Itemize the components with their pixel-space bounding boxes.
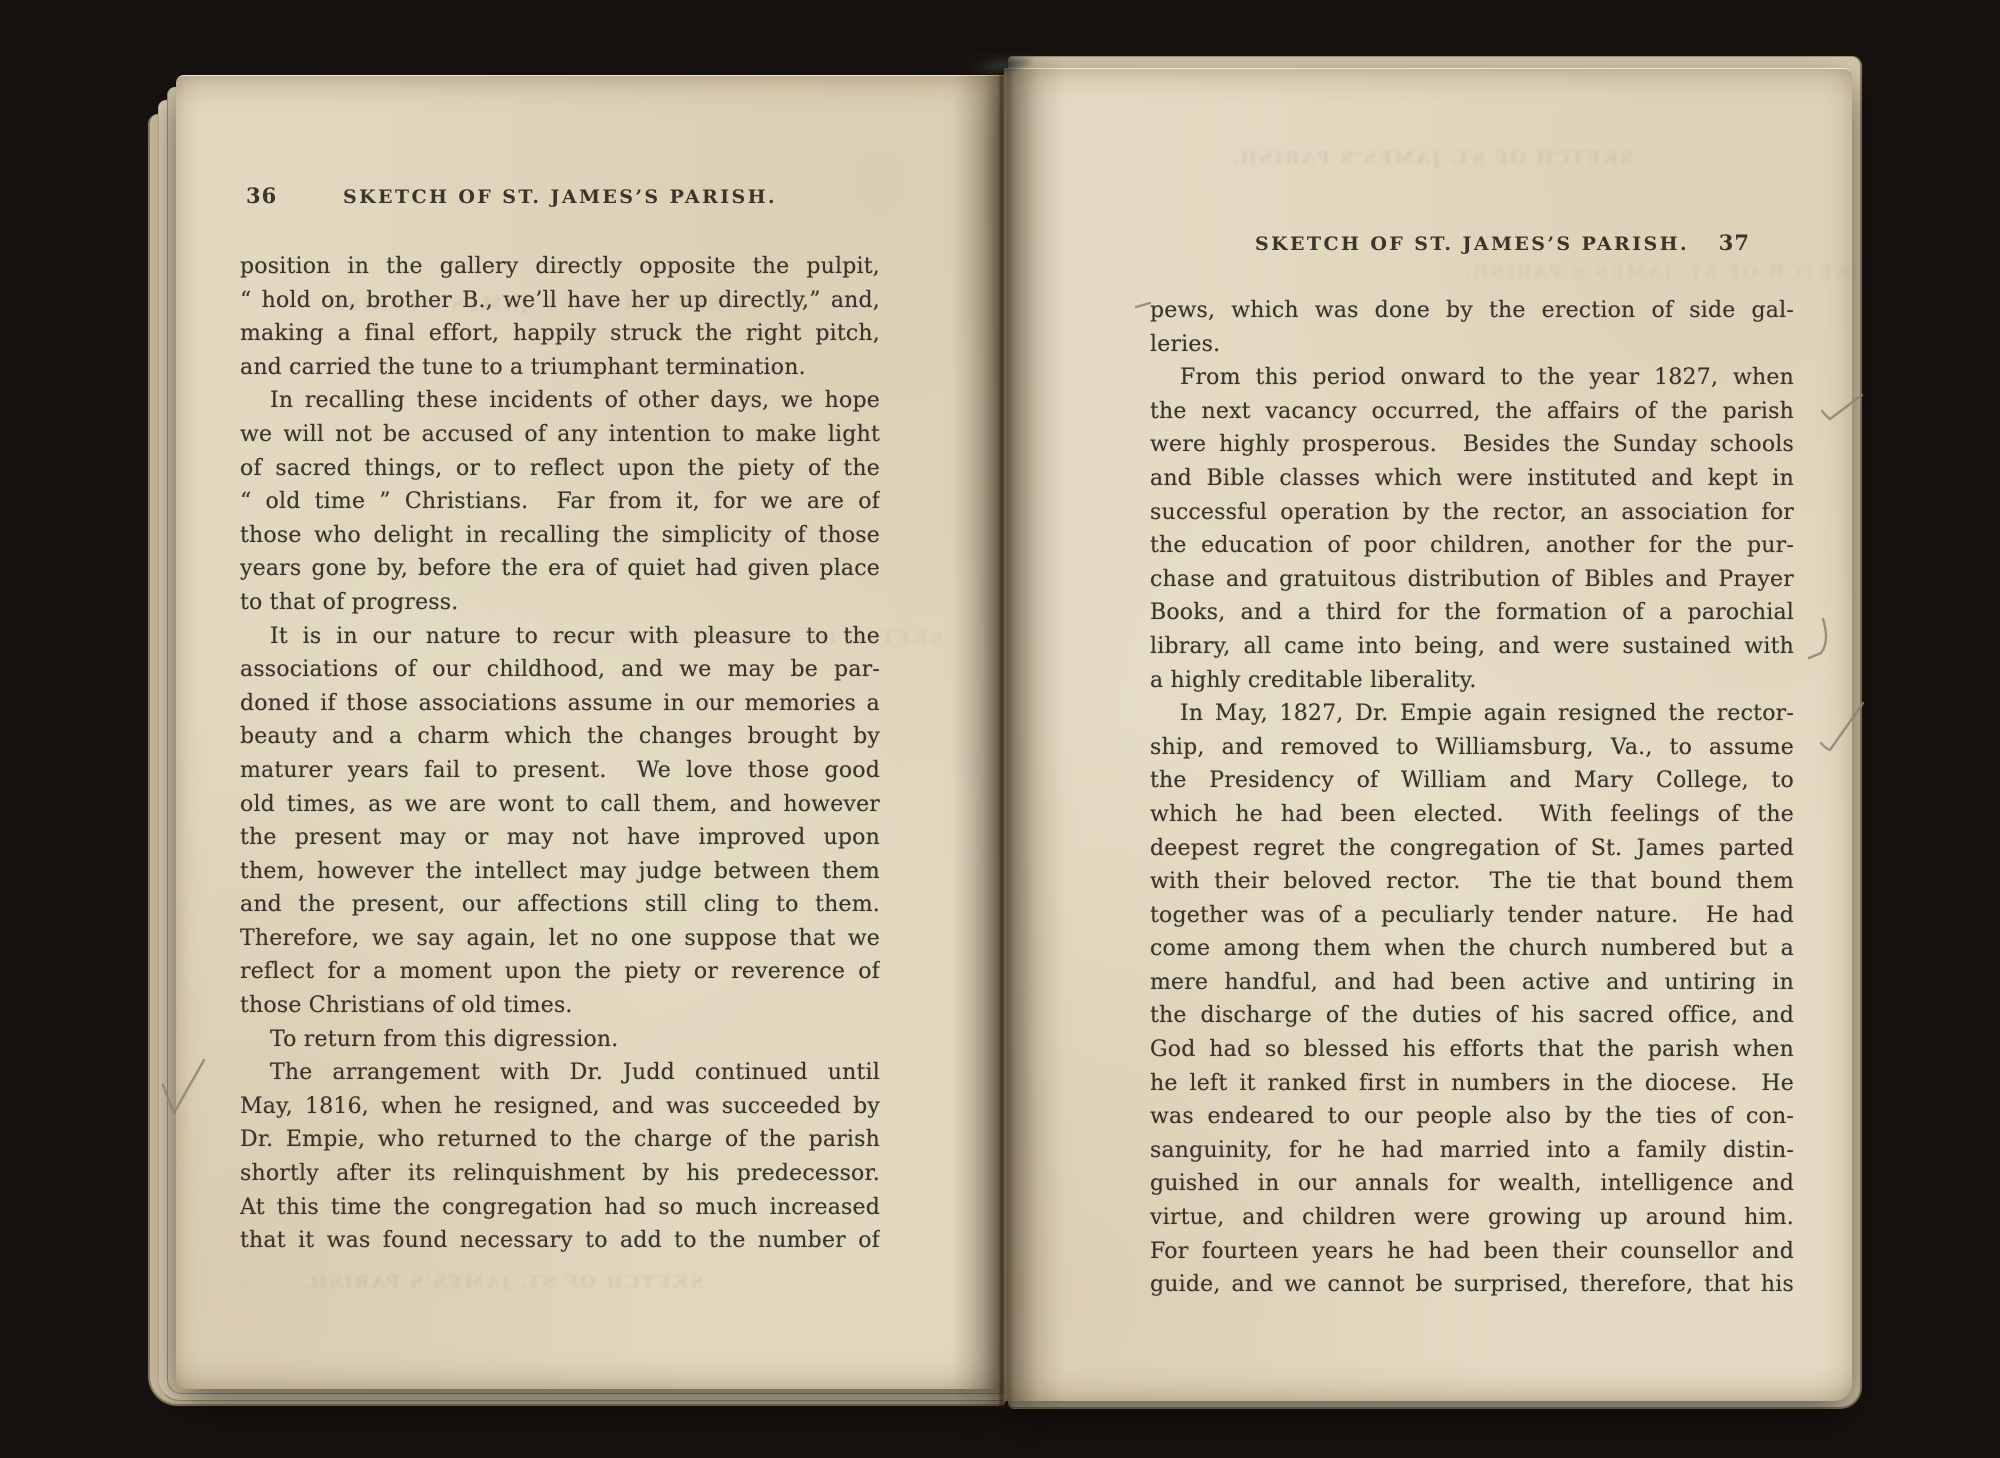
text-line: were highly prosperous. Besides the Sund… — [1150, 428, 1794, 462]
text-line: From this period onward to the year 1827… — [1150, 361, 1794, 395]
text-line: the present may or may not have improved… — [240, 821, 880, 855]
text-line: those Christians of old times. — [240, 989, 880, 1023]
text-line: those who delight in recalling the simpl… — [240, 519, 880, 553]
text-line: come among them when the church numbered… — [1150, 932, 1794, 966]
text-line: pews, which was done by the erection of … — [1150, 294, 1794, 328]
text-line: library, all came into being, and were s… — [1150, 630, 1794, 664]
text-line: In May, 1827, Dr. Empie again resigned t… — [1150, 697, 1794, 731]
text-line: which he had been elected. With feelings… — [1150, 798, 1794, 832]
left-page-text-column: position in the gallery directly opposit… — [240, 250, 880, 1258]
text-line: May, 1816, when he resigned, and was suc… — [240, 1090, 880, 1124]
text-line: God had so blessed his efforts that the … — [1150, 1033, 1794, 1067]
text-line: with their beloved rector. The tie that … — [1150, 865, 1794, 899]
text-line: associations of our childhood, and we ma… — [240, 653, 880, 687]
text-line: and Bible classes which were instituted … — [1150, 462, 1794, 496]
text-line: It is in our nature to recur with pleasu… — [240, 620, 880, 654]
right-page-text-column: pews, which was done by the erection of … — [1150, 294, 1794, 1302]
text-line: to that of progress. — [240, 586, 880, 620]
text-line: For fourteen years he had been their cou… — [1150, 1235, 1794, 1269]
text-line: we will not be accused of any intention … — [240, 418, 880, 452]
text-line: the education of poor children, another … — [1150, 529, 1794, 563]
text-line: At this time the congregation had so muc… — [240, 1191, 880, 1225]
text-line: Books, and a third for the formation of … — [1150, 596, 1794, 630]
text-line: leries. — [1150, 328, 1794, 362]
text-line: chase and gratuitous distribution of Bib… — [1150, 563, 1794, 597]
right-running-header: SKETCH OF ST. JAMES’S PARISH. 37 — [1150, 233, 1794, 267]
text-line: mere handful, and had been active and un… — [1150, 966, 1794, 1000]
text-line: them, however the intellect may judge be… — [240, 855, 880, 889]
page-number: 36 — [246, 183, 277, 208]
text-line: a highly creditable liberality. — [1150, 664, 1794, 698]
text-line: guide, and we cannot be surprised, there… — [1150, 1268, 1794, 1302]
text-line: he left it ranked first in numbers in th… — [1150, 1067, 1794, 1101]
page-number: 37 — [1719, 230, 1750, 255]
text-line: “ hold on, brother B., we’ll have her up… — [240, 284, 880, 318]
text-line: and the present, our affections still cl… — [240, 888, 880, 922]
text-line: the discharge of the duties of his sacre… — [1150, 999, 1794, 1033]
text-line: virtue, and children were growing up aro… — [1150, 1201, 1794, 1235]
text-line: maturer years fail to present. We love t… — [240, 754, 880, 788]
running-header-title: SKETCH OF ST. JAMES’S PARISH. — [240, 186, 880, 208]
text-line: old times, as we are wont to call them, … — [240, 788, 880, 822]
text-line: position in the gallery directly opposit… — [240, 250, 880, 284]
text-line: sanguinity, for he had married into a fa… — [1150, 1134, 1794, 1168]
text-line: together was of a peculiarly tender natu… — [1150, 899, 1794, 933]
text-line: and carried the tune to a triumphant ter… — [240, 351, 880, 385]
text-line: reflect for a moment upon the piety or r… — [240, 955, 880, 989]
scan-background: { "meta": { "kind": "scanned-book-spread… — [0, 0, 2000, 1458]
text-line: In recalling these incidents of other da… — [240, 384, 880, 418]
running-header-title: SKETCH OF ST. JAMES’S PARISH. — [1150, 233, 1794, 255]
text-line: successful operation by the rector, an a… — [1150, 496, 1794, 530]
text-line: “ old time ” Christians. Far from it, fo… — [240, 485, 880, 519]
text-line: deepest regret the congregation of St. J… — [1150, 832, 1794, 866]
text-line: Dr. Empie, who returned to the charge of… — [240, 1123, 880, 1157]
text-line: the Presidency of William and Mary Colle… — [1150, 764, 1794, 798]
text-line: To return from this digression. — [240, 1023, 880, 1057]
text-line: ship, and removed to Williamsburg, Va., … — [1150, 731, 1794, 765]
left-running-header: 36 SKETCH OF ST. JAMES’S PARISH. — [240, 186, 880, 220]
text-line: shortly after its relinquishment by his … — [240, 1157, 880, 1191]
text-line: Therefore, we say again, let no one supp… — [240, 922, 880, 956]
text-line: that it was found necessary to add to th… — [240, 1224, 880, 1258]
text-line: guished in our annals for wealth, intell… — [1150, 1167, 1794, 1201]
text-line: was endeared to our people also by the t… — [1150, 1100, 1794, 1134]
text-line: of sacred things, or to reflect upon the… — [240, 452, 880, 486]
text-line: doned if those associations assume in ou… — [240, 687, 880, 721]
text-line: The arrangement with Dr. Judd continued … — [240, 1056, 880, 1090]
text-line: the next vacancy occurred, the affairs o… — [1150, 395, 1794, 429]
text-line: making a final effort, happily struck th… — [240, 317, 880, 351]
text-line: beauty and a charm which the changes bro… — [240, 720, 880, 754]
text-line: years gone by, before the era of quiet h… — [240, 552, 880, 586]
